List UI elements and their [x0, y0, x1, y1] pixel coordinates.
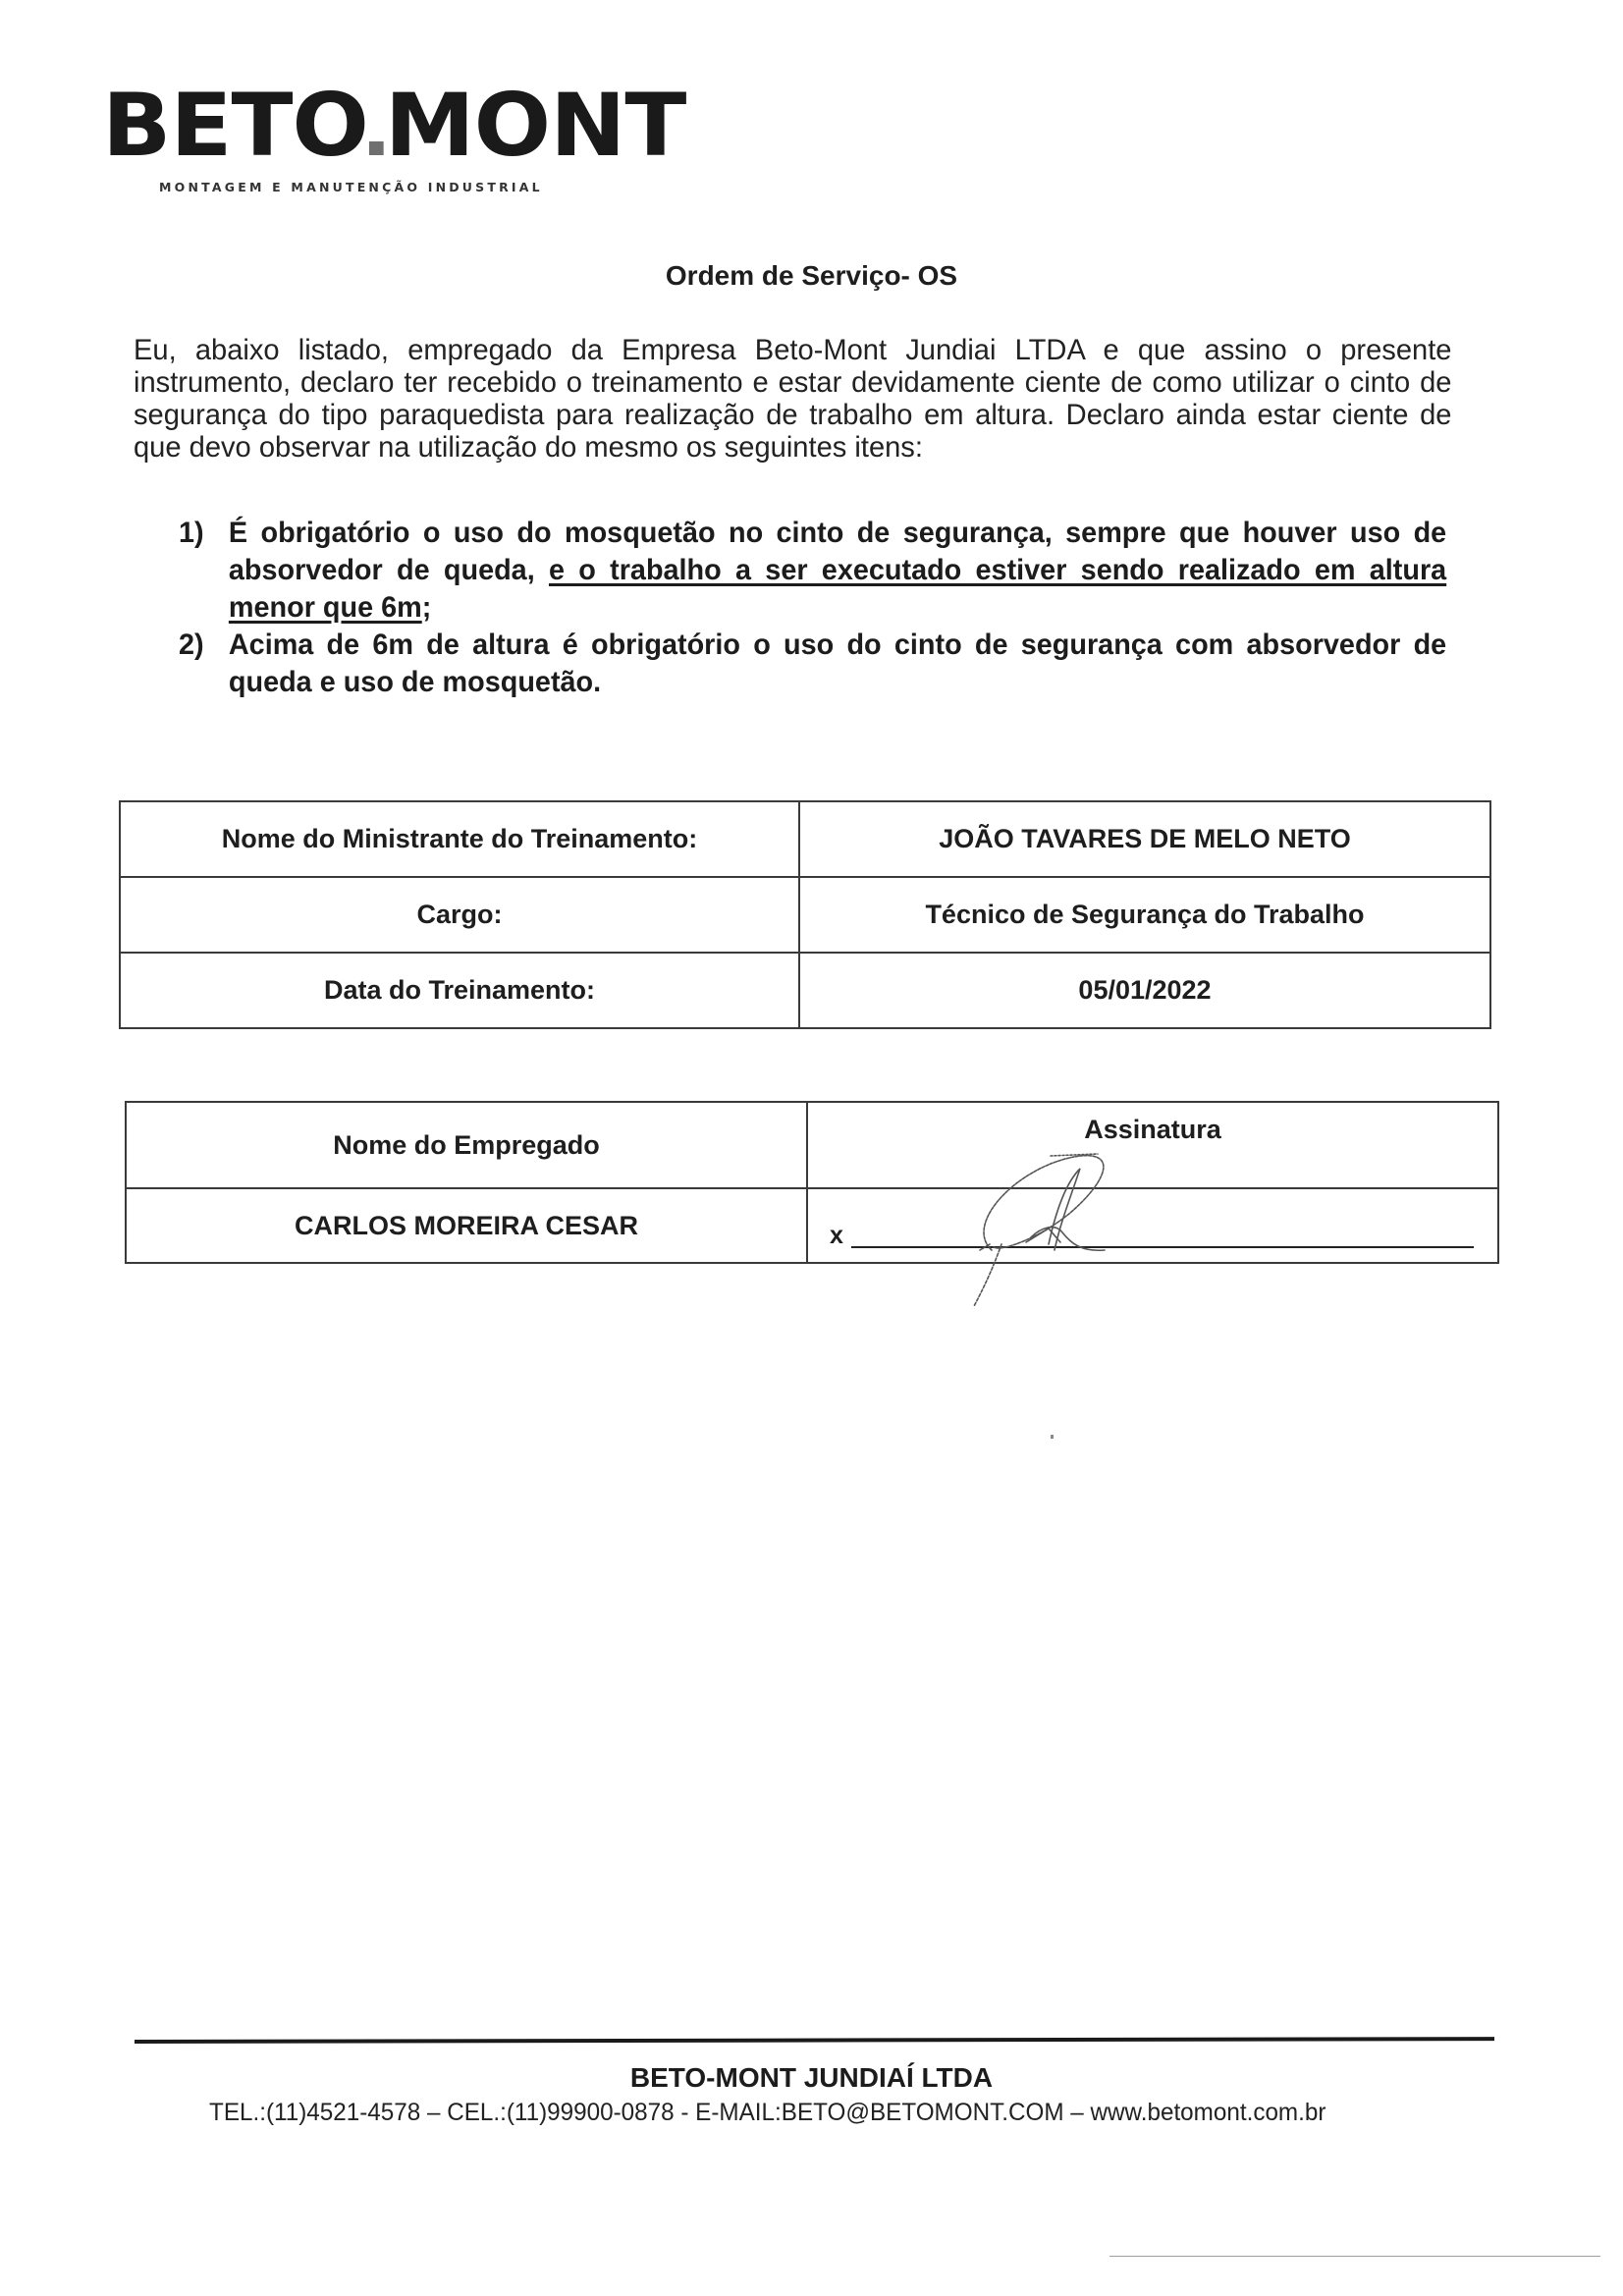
trainer-info-table: Nome do Ministrante do Treinamento: JOÃO… [119, 800, 1491, 1029]
logo-word-right: MONT [385, 75, 686, 176]
rule-number: 2) [179, 627, 204, 664]
company-logo: BETOMONT MONTAGEM E MANUTENÇÃO INDUSTRIA… [102, 82, 573, 169]
table-row: Nome do Ministrante do Treinamento: JOÃO… [120, 801, 1490, 877]
footer-company-name: BETO-MONT JUNDIAÍ LTDA [0, 2062, 1623, 2094]
scan-speck [1051, 1435, 1054, 1439]
logo-dot-icon [369, 141, 384, 155]
trainer-name-value: JOÃO TAVARES DE MELO NETO [799, 801, 1490, 877]
scan-artifact-line [1109, 2256, 1600, 2257]
signature-header: Assinatura [807, 1102, 1498, 1188]
employee-name-value: CARLOS MOREIRA CESAR [126, 1188, 807, 1263]
intro-paragraph: Eu, abaixo listado, empregado da Empresa… [134, 334, 1451, 464]
rules-list: 1) É obrigatório o uso do mosquetão no c… [179, 515, 1446, 701]
footer-divider [135, 2037, 1494, 2044]
rule-number: 1) [179, 515, 204, 552]
logo-tagline: MONTAGEM E MANUTENÇÃO INDUSTRIAL [159, 180, 543, 194]
signature-prefix: x [830, 1222, 843, 1250]
table-row: Cargo: Técnico de Segurança do Trabalho [120, 877, 1490, 953]
employee-signature-table: Nome do Empregado Assinatura CARLOS MORE… [125, 1101, 1499, 1264]
trainer-role-value: Técnico de Segurança do Trabalho [799, 877, 1490, 953]
table-row: CARLOS MOREIRA CESAR x [126, 1188, 1498, 1263]
rule-text: Acima de 6m de altura é obrigatório o us… [229, 629, 1446, 698]
rule-text-end: ; [422, 591, 432, 624]
table-row: Data do Treinamento: 05/01/2022 [120, 953, 1490, 1028]
employee-name-header: Nome do Empregado [126, 1102, 807, 1188]
footer-contact-info: TEL.:(11)4521-4578 – CEL.:(11)99900-0878… [209, 2099, 1325, 2127]
signature-field[interactable]: x [807, 1188, 1498, 1263]
logo-wordmark: BETOMONT [102, 82, 597, 169]
table-header-row: Nome do Empregado Assinatura [126, 1102, 1498, 1188]
trainer-role-label: Cargo: [120, 877, 799, 953]
rule-item: 1) É obrigatório o uso do mosquetão no c… [179, 515, 1446, 627]
document-title: Ordem de Serviço- OS [0, 260, 1623, 292]
trainer-name-label: Nome do Ministrante do Treinamento: [120, 801, 799, 877]
rule-item: 2) Acima de 6m de altura é obrigatório o… [179, 627, 1446, 701]
logo-word-left: BETO [102, 75, 368, 176]
training-date-label: Data do Treinamento: [120, 953, 799, 1028]
training-date-value: 05/01/2022 [799, 953, 1490, 1028]
signature-line [851, 1246, 1474, 1248]
